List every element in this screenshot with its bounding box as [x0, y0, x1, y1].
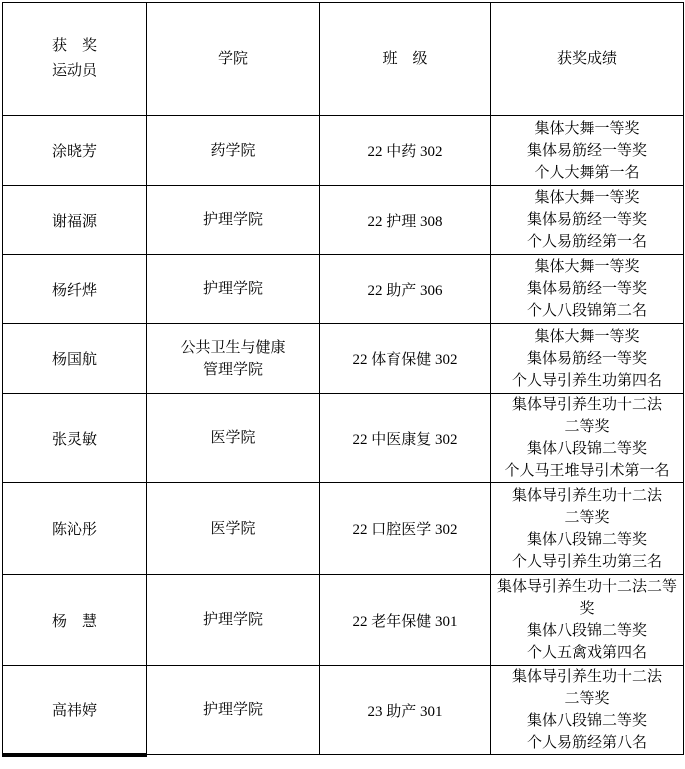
awards-list: 集体导引养生功十二法 二等奖 集体八段锦二等奖 个人马王堆导引术第一名: [491, 394, 684, 483]
awards-table: 获 奖 运动员 学院 班 级 获奖成绩 涂晓芳 药学院 22 中药 302 集体…: [2, 2, 684, 757]
awards-list: 集体导引养生功十二法 二等奖 集体八段锦二等奖 个人易筋经第八名: [491, 666, 684, 755]
athlete-name: 涂晓芳: [3, 116, 147, 186]
awards-list: 集体大舞一等奖 集体易筋经一等奖 个人导引养生功第四名: [491, 324, 684, 394]
table-row: 谢福源 护理学院 22 护理 308 集体大舞一等奖 集体易筋经一等奖 个人易筋…: [3, 186, 684, 255]
class-name: 22 护理 308: [320, 186, 491, 255]
college-name: 医学院: [147, 394, 320, 483]
table-row: 杨国航 公共卫生与健康 管理学院 22 体育保健 302 集体大舞一等奖 集体易…: [3, 324, 684, 394]
class-name: 22 助产 306: [320, 255, 491, 324]
athlete-name: 谢福源: [3, 186, 147, 255]
class-name: 23 助产 301: [320, 666, 491, 755]
athlete-name: 陈沁彤: [3, 483, 147, 575]
header-row: 获 奖 运动员 学院 班 级 获奖成绩: [3, 3, 684, 116]
college-name: 公共卫生与健康 管理学院: [147, 324, 320, 394]
athlete-name: 杨纤烨: [3, 255, 147, 324]
awards-list: 集体大舞一等奖 集体易筋经一等奖 个人易筋经第一名: [491, 186, 684, 255]
awards-list: 集体导引养生功十二法 二等奖 集体八段锦二等奖 个人导引养生功第三名: [491, 483, 684, 575]
class-name: 22 体育保健 302: [320, 324, 491, 394]
class-name: 22 口腔医学 302: [320, 483, 491, 575]
athlete-name: 张灵敏: [3, 394, 147, 483]
col-header-athlete: 获 奖 运动员: [3, 3, 147, 116]
athlete-name: 高祎婷: [3, 666, 147, 755]
awards-list: 集体大舞一等奖 集体易筋经一等奖 个人大舞第一名: [491, 116, 684, 186]
table-row: 高祎婷 护理学院 23 助产 301 集体导引养生功十二法 二等奖 集体八段锦二…: [3, 666, 684, 755]
table-row: 杨纤烨 护理学院 22 助产 306 集体大舞一等奖 集体易筋经一等奖 个人八段…: [3, 255, 684, 324]
class-name: 22 中药 302: [320, 116, 491, 186]
college-name: 护理学院: [147, 255, 320, 324]
college-name: 医学院: [147, 483, 320, 575]
col-header-class: 班 级: [320, 3, 491, 116]
awards-list: 集体导引养生功十二法二等 奖 集体八段锦二等奖 个人五禽戏第四名: [491, 575, 684, 666]
col-header-college: 学院: [147, 3, 320, 116]
table-row: 张灵敏 医学院 22 中医康复 302 集体导引养生功十二法 二等奖 集体八段锦…: [3, 394, 684, 483]
table-row: 涂晓芳 药学院 22 中药 302 集体大舞一等奖 集体易筋经一等奖 个人大舞第…: [3, 116, 684, 186]
class-name: 22 中医康复 302: [320, 394, 491, 483]
class-name: 22 老年保健 301: [320, 575, 491, 666]
col-header-results: 获奖成绩: [491, 3, 684, 116]
athlete-name: 杨国航: [3, 324, 147, 394]
table-row: 陈沁彤 医学院 22 口腔医学 302 集体导引养生功十二法 二等奖 集体八段锦…: [3, 483, 684, 575]
table-row: 杨 慧 护理学院 22 老年保健 301 集体导引养生功十二法二等 奖 集体八段…: [3, 575, 684, 666]
college-name: 护理学院: [147, 575, 320, 666]
college-name: 药学院: [147, 116, 320, 186]
athlete-name: 杨 慧: [3, 575, 147, 666]
college-name: 护理学院: [147, 186, 320, 255]
awards-list: 集体大舞一等奖 集体易筋经一等奖 个人八段锦第二名: [491, 255, 684, 324]
document-page: 获 奖 运动员 学院 班 级 获奖成绩 涂晓芳 药学院 22 中药 302 集体…: [0, 0, 685, 769]
college-name: 护理学院: [147, 666, 320, 755]
